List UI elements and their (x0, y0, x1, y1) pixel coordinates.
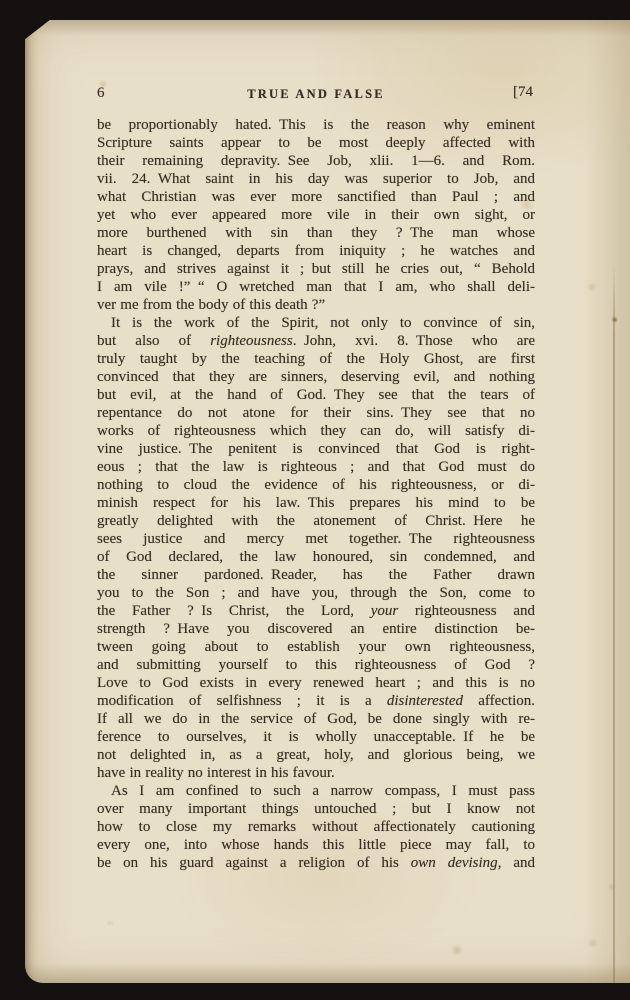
text-line: ver me from the body of this death ?” (97, 296, 535, 314)
text-segment: repentance do not atone for their sins. … (97, 405, 535, 421)
text-line: modification of selfishness ; it is a di… (97, 692, 535, 710)
text-line: how to close my remarks without affectio… (97, 818, 535, 836)
page-text-block: 6 TRUE AND FALSE [74 be proportionably h… (97, 84, 535, 872)
text-segment: more burthened with sin than they ? The … (97, 225, 535, 241)
text-segment: truly taught by the teaching of the Holy… (97, 351, 535, 367)
text-line: what Christian was ever more sanctified … (97, 188, 535, 206)
text-segment: , and (498, 855, 535, 871)
text-segment: greatly delighted with the atonement of … (97, 513, 535, 529)
text-segment: have in reality no interest in his favou… (97, 765, 335, 781)
text-segment: righteousness (210, 333, 293, 349)
text-segment: disinterested (387, 693, 463, 709)
text-line: you to the Son ; and have you, through t… (97, 584, 535, 602)
text-segment: of God declared, the law honoured, sin c… (97, 549, 535, 565)
text-line: more burthened with sin than they ? The … (97, 224, 535, 242)
text-segment: over many important things untouched ; b… (97, 801, 535, 817)
text-segment: ference to ourselves, it is wholly unacc… (97, 729, 535, 745)
scanner-background: 6 TRUE AND FALSE [74 be proportionably h… (0, 0, 630, 1000)
text-line: yet who ever appeared more vile in their… (97, 206, 535, 224)
text-segment: every one, into whose hands this little … (97, 837, 535, 853)
text-line: works of righteousness which they can do… (97, 422, 535, 440)
paragraph: be proportionably hated. This is the rea… (97, 116, 535, 314)
running-title: TRUE AND FALSE (247, 87, 385, 102)
text-segment: the sinner pardoned. Reader, has the Fat… (97, 567, 535, 583)
text-line: prays, and strives against it ; but stil… (97, 260, 535, 278)
text-line: be on his guard against a religion of hi… (97, 854, 535, 872)
page-corner-cut (24, 19, 51, 40)
text-segment: ver me from the body of this death ?” (97, 297, 325, 313)
stitch-knot (611, 316, 618, 323)
text-segment: your (371, 603, 399, 619)
page-number: 6 (97, 85, 105, 102)
text-segment: Love to God exists in every renewed hear… (97, 675, 535, 691)
text-segment: righteousness and (398, 603, 535, 619)
text-segment: vine justice. The penitent is convinced … (97, 441, 535, 457)
text-segment: modification of selfishness ; it is a (97, 693, 387, 709)
text-line: and submitting yourself to this righteou… (97, 656, 535, 674)
text-segment: nothing to cloud the evidence of his rig… (97, 477, 535, 493)
text-line: It is the work of the Spirit, not only t… (97, 314, 535, 332)
text-line: I am vile !” “ O wretched man that I am,… (97, 278, 535, 296)
text-segment: yet who ever appeared more vile in their… (97, 207, 535, 223)
paragraph: It is the work of the Spirit, not only t… (97, 314, 535, 782)
text-segment: their remaining depravity. See Job, xlii… (97, 153, 535, 169)
text-segment: . John, xvi. 8. Those who are (293, 333, 535, 349)
text-line: heart is changed, departs from iniquity … (97, 242, 535, 260)
text-segment: I am vile !” “ O wretched man that I am,… (97, 279, 535, 295)
text-segment: If all we do in the service of God, be d… (97, 711, 535, 727)
text-line: over many important things untouched ; b… (97, 800, 535, 818)
paragraph: As I am confined to such a narrow compas… (97, 782, 535, 872)
text-line: the Father ? Is Christ, the Lord, your r… (97, 602, 535, 620)
text-line: have in reality no interest in his favou… (97, 764, 535, 782)
running-header: 6 TRUE AND FALSE [74 (97, 84, 535, 104)
text-segment: the Father ? Is Christ, the Lord, (97, 603, 371, 619)
text-line: vii. 24. What saint in his day was super… (97, 170, 535, 188)
text-segment: prays, and strives against it ; but stil… (97, 261, 535, 277)
text-line: Scripture saints appear to be most deepl… (97, 134, 535, 152)
text-line: As I am confined to such a narrow compas… (97, 782, 535, 800)
text-line: not delighted in, as a great, holy, and … (97, 746, 535, 764)
text-segment: be on his guard against a religion of hi… (97, 855, 411, 871)
text-segment: but also of (97, 333, 210, 349)
text-line: repentance do not atone for their sins. … (97, 404, 535, 422)
text-line: Love to God exists in every renewed hear… (97, 674, 535, 692)
text-segment: minish respect for his law. This prepare… (97, 495, 535, 511)
folio-number: [74 (513, 84, 533, 101)
text-segment: sees justice and mercy met together. The… (97, 531, 535, 547)
text-segment: but evil, at the hand of God. They see t… (97, 387, 535, 403)
text-segment: strength ? Have you discovered an entire… (97, 621, 535, 637)
text-segment: be proportionably hated. This is the rea… (97, 117, 535, 133)
text-segment: vii. 24. What saint in his day was super… (97, 171, 535, 187)
text-segment: affection. (463, 693, 535, 709)
text-line: the sinner pardoned. Reader, has the Fat… (97, 566, 535, 584)
text-line: ference to ourselves, it is wholly unacc… (97, 728, 535, 746)
text-segment: eous ; that the law is righteous ; and t… (97, 459, 535, 475)
text-line: truly taught by the teaching of the Holy… (97, 350, 535, 368)
text-segment: how to close my remarks without affectio… (97, 819, 535, 835)
text-line: vine justice. The penitent is convinced … (97, 440, 535, 458)
text-line: convinced that they are sinners, deservi… (97, 368, 535, 386)
text-segment: convinced that they are sinners, deservi… (97, 369, 535, 385)
page-body: be proportionably hated. This is the rea… (97, 116, 535, 872)
text-segment: not delighted in, as a great, holy, and … (97, 747, 535, 763)
text-segment: what Christian was ever more sanctified … (97, 189, 535, 205)
text-line: minish respect for his law. This prepare… (97, 494, 535, 512)
text-line: be proportionably hated. This is the rea… (97, 116, 535, 134)
text-line: nothing to cloud the evidence of his rig… (97, 476, 535, 494)
text-line: strength ? Have you discovered an entire… (97, 620, 535, 638)
text-segment: you to the Son ; and have you, through t… (97, 585, 535, 601)
text-line: tween going about to establish your own … (97, 638, 535, 656)
text-segment: Scripture saints appear to be most deepl… (97, 135, 535, 151)
text-segment: heart is changed, departs from iniquity … (97, 243, 535, 259)
text-line: but evil, at the hand of God. They see t… (97, 386, 535, 404)
text-segment: It is the work of the Spirit, not only t… (111, 315, 535, 331)
text-segment: tween going about to establish your own … (97, 639, 535, 655)
text-segment: works of righteousness which they can do… (97, 423, 535, 439)
text-segment: own devising (411, 855, 498, 871)
text-segment: and submitting yourself to this righteou… (97, 657, 535, 673)
text-line: eous ; that the law is righteous ; and t… (97, 458, 535, 476)
text-line: but also of righteousness. John, xvi. 8.… (97, 332, 535, 350)
text-line: of God declared, the law honoured, sin c… (97, 548, 535, 566)
book-page-scan: 6 TRUE AND FALSE [74 be proportionably h… (25, 20, 630, 983)
binding-crease (613, 265, 615, 983)
text-line: If all we do in the service of God, be d… (97, 710, 535, 728)
text-line: sees justice and mercy met together. The… (97, 530, 535, 548)
text-line: every one, into whose hands this little … (97, 836, 535, 854)
text-line: their remaining depravity. See Job, xlii… (97, 152, 535, 170)
text-line: greatly delighted with the atonement of … (97, 512, 535, 530)
text-segment: As I am confined to such a narrow compas… (111, 783, 535, 799)
